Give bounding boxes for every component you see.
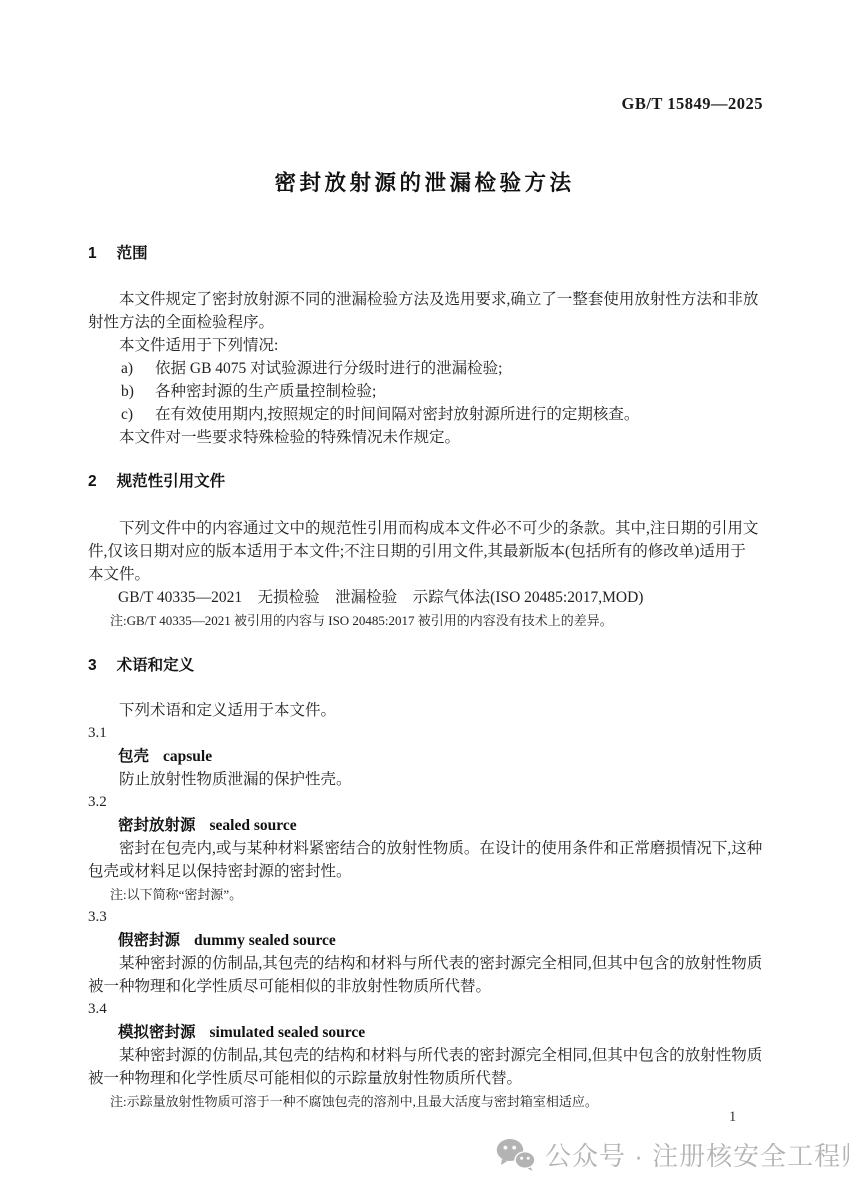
paragraph-line: 本文件适用于下列情况: bbox=[88, 334, 797, 357]
section-heading-2: 2规范性引用文件 bbox=[88, 471, 225, 493]
watermark-text: 公众号 · 注册核安全工程师 bbox=[545, 1136, 849, 1173]
list-item-text: 在有效使用期内,按照规定的时间间隔对密封放射源所进行的定期核查。 bbox=[155, 406, 639, 423]
definition-line: 被一种物理和化学性质尽可能相似的非放射性物质所代替。 bbox=[88, 975, 766, 998]
section-title: 规范性引用文件 bbox=[117, 473, 226, 490]
document-title: 密封放射源的泄漏检验方法 bbox=[0, 166, 849, 197]
list-item-label: a) bbox=[121, 357, 155, 380]
term-heading: 假密封源dummy sealed source bbox=[88, 929, 796, 952]
paragraph-line: 本文件规定了密封放射源不同的泄漏检验方法及选用要求,确立了一整套使用放射性方法和… bbox=[88, 288, 797, 311]
paragraph-line: 下列术语和定义适用于本文件。 bbox=[88, 699, 797, 722]
standard-number: GB/T 15849—2025 bbox=[621, 94, 763, 114]
paragraph-line: 下列文件中的内容通过文中的规范性引用而构成本文件必不可少的条款。其中,注日期的引… bbox=[88, 517, 797, 540]
definition-line: 某种密封源的仿制品,其包壳的结构和材料与所代表的密封源完全相同,但其中包含的放射… bbox=[88, 1044, 797, 1067]
definition-line: 某种密封源的仿制品,其包壳的结构和材料与所代表的密封源完全相同,但其中包含的放射… bbox=[88, 952, 797, 975]
term-id: 3.4 bbox=[88, 998, 766, 1021]
section-number: 1 bbox=[88, 245, 97, 262]
section-number: 3 bbox=[88, 657, 97, 674]
term-id: 3.2 bbox=[88, 791, 766, 814]
term-id: 3.3 bbox=[88, 906, 766, 929]
list-item-c: c)在有效使用期内,按照规定的时间间隔对密封放射源所进行的定期核查。 bbox=[88, 403, 799, 426]
section-heading-1: 1范围 bbox=[88, 243, 148, 265]
watermark: 公众号 · 注册核安全工程师 bbox=[496, 1136, 849, 1173]
term-en: simulated sealed source bbox=[210, 1024, 366, 1041]
term-en: capsule bbox=[163, 748, 212, 765]
section-heading-3: 3术语和定义 bbox=[88, 655, 194, 677]
list-item-a: a)依据 GB 4075 对试验源进行分级时进行的泄漏检验; bbox=[88, 357, 799, 380]
term-zh: 密封放射源 bbox=[118, 817, 196, 834]
paragraph-line: 本文件对一些要求特殊检验的特殊情况未作规定。 bbox=[88, 426, 797, 449]
definition-line: 防止放射性物质泄漏的保护性壳。 bbox=[88, 768, 797, 791]
section-title: 范围 bbox=[117, 245, 148, 262]
paragraph-line: 射性方法的全面检验程序。 bbox=[88, 311, 766, 334]
list-item-text: 依据 GB 4075 对试验源进行分级时进行的泄漏检验; bbox=[155, 360, 502, 377]
list-item-label: c) bbox=[121, 403, 155, 426]
term-heading: 密封放射源sealed source bbox=[88, 814, 796, 837]
term-id: 3.1 bbox=[88, 722, 766, 745]
list-item-text: 各种密封源的生产质量控制检验; bbox=[155, 383, 376, 400]
section-title: 术语和定义 bbox=[117, 657, 195, 674]
note-line: 注:GB/T 40335—2021 被引用的内容与 ISO 20485:2017… bbox=[88, 609, 788, 632]
term-heading: 模拟密封源simulated sealed source bbox=[88, 1021, 796, 1044]
definition-line: 包壳或材料足以保持密封源的密封性。 bbox=[88, 860, 766, 883]
note-line: 注:示踪量放射性物质可溶于一种不腐蚀包壳的溶剂中,且最大活度与密封箱室相适应。 bbox=[88, 1090, 788, 1113]
paragraph-line: 件,仅该日期对应的版本适用于本文件;不注日期的引用文件,其最新版本(包括所有的修… bbox=[88, 540, 766, 563]
document-page: GB/T 15849—2025 密封放射源的泄漏检验方法 1范围 本文件规定了密… bbox=[0, 0, 849, 1196]
paragraph-line: 本文件。 bbox=[88, 563, 766, 586]
term-zh: 包壳 bbox=[118, 748, 149, 765]
term-zh: 假密封源 bbox=[118, 932, 180, 949]
page-number: 1 bbox=[729, 1106, 736, 1129]
list-item-b: b)各种密封源的生产质量控制检验; bbox=[88, 380, 799, 403]
term-en: sealed source bbox=[210, 817, 297, 834]
wechat-icon bbox=[496, 1138, 536, 1171]
section-number: 2 bbox=[88, 473, 97, 490]
note-line: 注:以下简称“密封源”。 bbox=[88, 883, 788, 906]
definition-line: 密封在包壳内,或与某种材料紧密结合的放射性物质。在设计的使用条件和正常磨损情况下… bbox=[88, 837, 797, 860]
definition-line: 被一种物理和化学性质尽可能相似的示踪量放射性物质所代替。 bbox=[88, 1067, 766, 1090]
list-item-label: b) bbox=[121, 380, 155, 403]
normative-reference: GB/T 40335—2021 无损检验 泄漏检验 示踪气体法(ISO 2048… bbox=[88, 586, 796, 609]
term-heading: 包壳capsule bbox=[88, 745, 796, 768]
term-en: dummy sealed source bbox=[194, 932, 336, 949]
term-zh: 模拟密封源 bbox=[118, 1024, 196, 1041]
